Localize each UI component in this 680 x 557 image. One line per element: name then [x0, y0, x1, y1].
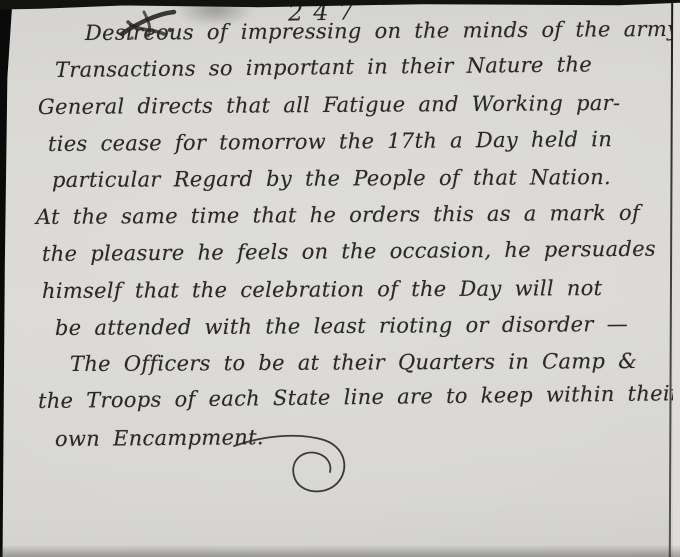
scan-edge-right-paper [673, 0, 680, 557]
manuscript-line: General directs that all Fatigue and Wor… [38, 91, 621, 119]
end-flourish [232, 428, 352, 500]
manuscript-line: the pleasure he feels on the occasion, h… [42, 237, 656, 266]
scan-edge-left [0, 0, 16, 557]
manuscript-line: particular Regard by the People of that … [52, 165, 611, 192]
manuscript-line: The Officers to be at their Quarters in … [70, 349, 637, 376]
manuscript-line: ties cease for tomorrow the 17th a Day h… [48, 127, 612, 156]
manuscript-line: At the same time that he orders this as … [36, 201, 640, 229]
manuscript-line: the Troops of each State line are to kee… [38, 381, 680, 413]
manuscript-line: Transactions so important in their Natur… [55, 52, 592, 82]
manuscript-line: be attended with the least rioting or di… [55, 312, 628, 340]
manuscript-page: 247 Desireous of impressing on the minds… [0, 0, 680, 557]
manuscript-line: Desireous of impressing on the minds of … [85, 17, 679, 45]
manuscript-line: himself that the celebration of the Day … [42, 276, 603, 303]
scan-edge-bottom [0, 545, 680, 557]
